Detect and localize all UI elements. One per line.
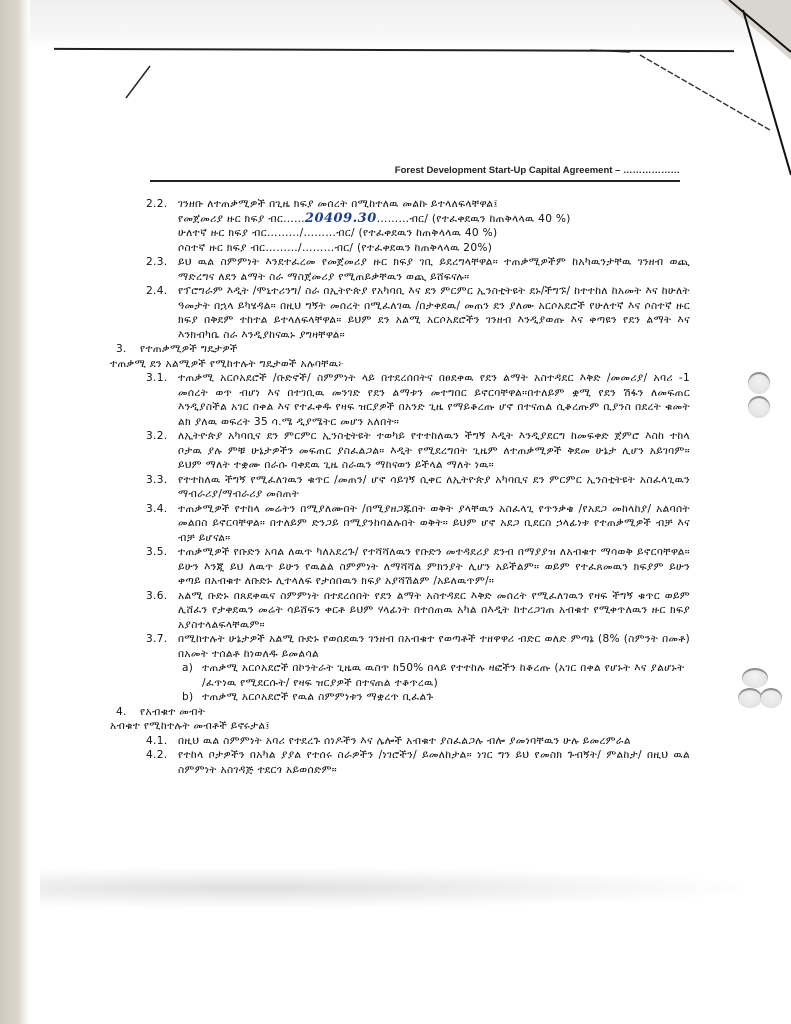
payment-label: ሁለተኛ ዙር ክፍያ ብር	[178, 227, 267, 239]
clause: 2.2.ገንዘቡ ለተጠቃሚዎች በጊዜ ክፍያ መሰረት በሚከተለዉ መልኩ…	[110, 197, 690, 255]
clause-text: በዚህ ዉል ስምምነት አባሪ የተደረጉ ሰነዶችን እና ሌሎች አብቁተ…	[178, 734, 690, 749]
sub-clause-label: a)	[182, 661, 193, 676]
clause-number: 3.5.	[146, 545, 167, 560]
payment-suffix: ………ብር/ (የተፈቀደዉን ከጠቅላላዉ 40 %)	[377, 213, 571, 225]
section-number: 3.	[116, 342, 127, 357]
clause: 3.4.ተጠቃሚዎች የተከላ መሬትን በሚያለሙበት /በሚያዘጋጁበት ወ…	[110, 502, 690, 546]
clause-number: 3.4.	[146, 502, 167, 517]
scan-stroke-mark	[120, 62, 160, 102]
clause-text: ተጠቃሚ አርሶአደሮች /ቡድኖች/ ስምምነት ላይ በተደረሰበትና በፀ…	[178, 371, 690, 429]
clause-text: ለኢትዮጵያ አካባቢና ደን ምርምር ኢንስቲትዩት ተወካይ የተተከለዉ…	[178, 429, 690, 473]
clause: 3.7.በሚከተሉት ሁኔታዎች አልሚ ቡድኑ የወሰደዉን ገንዘብ በአብ…	[110, 632, 690, 661]
section-title: የተጠቃሚዎች ግዴታዎች	[116, 342, 690, 357]
clause-text: ይህ ዉል ስምምነት እንደተፈረመ የመጀመሪያ ዙር ክፍያ ገቢ ይደረ…	[178, 255, 690, 284]
clause-number: 3.3.	[146, 473, 167, 488]
clause-number: 4.2.	[146, 748, 167, 763]
clause: 4.1.በዚህ ዉል ስምምነት አባሪ የተደረጉ ሰነዶችን እና ሌሎች …	[110, 734, 690, 749]
clause-text: ተጠቃሚዎች የተከላ መሬትን በሚያለሙበት /በሚያዘጋጁበት ወቅት ያ…	[178, 502, 690, 546]
payment-label: ሶስተኛ ዙር ክፍያ ብር	[178, 242, 265, 254]
clause-number: 4.1.	[146, 734, 167, 749]
payment-blank: ………/………	[265, 242, 334, 254]
clause-text: የተተከለዉ ችግኝ የሚፈለገዉን ቁጥር /መጠን/ ሆኖ ሳይገኝ ሲቀር…	[178, 473, 690, 502]
section-heading: 4.የአብቁተ መብት	[110, 705, 690, 720]
clause-text: አልሚ ቡድኑ በጸደቀዉና ስምምነት በተደረሰበት የደን ልማት አስተ…	[178, 589, 690, 633]
punch-hole	[760, 688, 782, 708]
payment-label: የመጀመሪያ ዙር ክፍያ ብር	[178, 213, 283, 225]
clause-number: 3.2.	[146, 429, 167, 444]
clause: 4.2.የተከላ ቦታዎችን በአካል ያያል የተሰሩ ስራዎችን /ነገሮች…	[110, 748, 690, 777]
punch-hole	[738, 688, 762, 708]
sub-clause: b)ተጠቃሚ አርሶአደሮች የዉል ስምምነቱን ማቋረጥ ቢፈልጉ	[110, 690, 690, 705]
section-intro: ተጠቃሚ ደን አልሚዎች የሚከተሉት ግዴታወች አሉባቸዉ፦	[110, 357, 690, 372]
clause-number: 2.3.	[146, 255, 167, 270]
clause-number: 3.1.	[146, 371, 167, 386]
section-title: የአብቁተ መብት	[116, 705, 690, 720]
clause-text: የፕሮግራም እዲት /ሞኒተሪንግ/ ስራ በኢትዮጵያ የአካባቢ እና ደ…	[178, 284, 690, 342]
handwritten-amount: 20409.30	[305, 211, 377, 226]
clause-number: 2.2.	[146, 197, 167, 212]
sub-clause: a)ተጠቃሚ አርሶአደሮች በኮንትራት ጊዜዉ ዉስጥ ከ50% በላይ የ…	[110, 661, 690, 690]
clause-number: 2.4.	[146, 284, 167, 299]
payment-line: የመጀመሪያ ዙር ክፍያ ብር……20409.30………ብር/ (የተፈቀደዉ…	[178, 212, 690, 227]
section-heading: 3.የተጠቃሚዎች ግዴታዎች	[110, 342, 690, 357]
clause: 2.3.ይህ ዉል ስምምነት እንደተፈረመ የመጀመሪያ ዙር ክፍያ ገቢ…	[110, 255, 690, 284]
clause-number: 3.6.	[146, 589, 167, 604]
section-intro: አብቁተ የሚከተሉት መብቶች ይኖሩታል፤	[110, 719, 690, 734]
payment-suffix: ብር/ (የተፈቀደዉን ከጠቅላላዉ 20%)	[335, 242, 493, 254]
sub-clause-label: b)	[182, 690, 193, 705]
page-header: Forest Development Start-Up Capital Agre…	[150, 165, 680, 182]
sub-clause-text: ተጠቃሚ አርሶአደሮች በኮንትራት ጊዜዉ ዉስጥ ከ50% በላይ የተተ…	[202, 662, 685, 689]
clause: 3.6.አልሚ ቡድኑ በጸደቀዉና ስምምነት በተደረሰበት የደን ልማት…	[110, 589, 690, 633]
clause: 3.2.ለኢትዮጵያ አካባቢና ደን ምርምር ኢንስቲትዩት ተወካይ የተ…	[110, 429, 690, 473]
document-body: 2.2.ገንዘቡ ለተጠቃሚዎች በጊዜ ክፍያ መሰረት በሚከተለዉ መልኩ…	[110, 197, 690, 777]
payment-suffix: ብር/ (የተፈቀደዉን ከጠቅላላዉ 40 %)	[336, 227, 497, 239]
section-number: 4.	[116, 705, 127, 720]
payment-blank: ………/………	[267, 227, 336, 239]
payment-line: ሶስተኛ ዙር ክፍያ ብር………/………ብር/ (የተፈቀደዉን ከጠቅላላዉ…	[178, 241, 690, 256]
clause-number: 3.7.	[146, 632, 167, 647]
clause: 3.5.ተጠቃሚዎች የቡድን አባል ለዉጥ ካለአደረጉ/ የተሻሻለዉን …	[110, 545, 690, 589]
clause-text: ገንዘቡ ለተጠቃሚዎች በጊዜ ክፍያ መሰረት በሚከተለዉ መልኩ ይተላ…	[178, 197, 690, 212]
fold-crease-line	[590, 30, 770, 140]
punch-hole	[748, 372, 770, 394]
clause-text: የተከላ ቦታዎችን በአካል ያያል የተሰሩ ስራዎችን /ነገሮችን/ ይ…	[178, 748, 690, 777]
clause-text: ተጠቃሚዎች የቡድን አባል ለዉጥ ካለአደረጉ/ የተሻሻለዉን የቡድን…	[178, 545, 690, 589]
clause-text: በሚከተሉት ሁኔታዎች አልሚ ቡድኑ የወሰደዉን ገንዘብ በአብቁተ የ…	[178, 632, 690, 661]
punch-hole	[748, 396, 770, 418]
scanner-left-edge	[0, 0, 30, 1024]
sub-clause-text: ተጠቃሚ አርሶአደሮች የዉል ስምምነቱን ማቋረጥ ቢፈልጉ	[202, 691, 433, 703]
payment-line: ሁለተኛ ዙር ክፍያ ብር………/………ብር/ (የተፈቀደዉን ከጠቅላላዉ…	[178, 226, 690, 241]
clause: 2.4.የፕሮግራም እዲት /ሞኒተሪንግ/ ስራ በኢትዮጵያ የአካባቢ …	[110, 284, 690, 342]
clause: 3.1.ተጠቃሚ አርሶአደሮች /ቡድኖች/ ስምምነት ላይ በተደረሰበት…	[110, 371, 690, 429]
scan-smudge	[40, 868, 740, 908]
clause: 3.3.የተተከለዉ ችግኝ የሚፈለገዉን ቁጥር /መጠን/ ሆኖ ሳይገኝ…	[110, 473, 690, 502]
punch-hole	[742, 668, 768, 688]
